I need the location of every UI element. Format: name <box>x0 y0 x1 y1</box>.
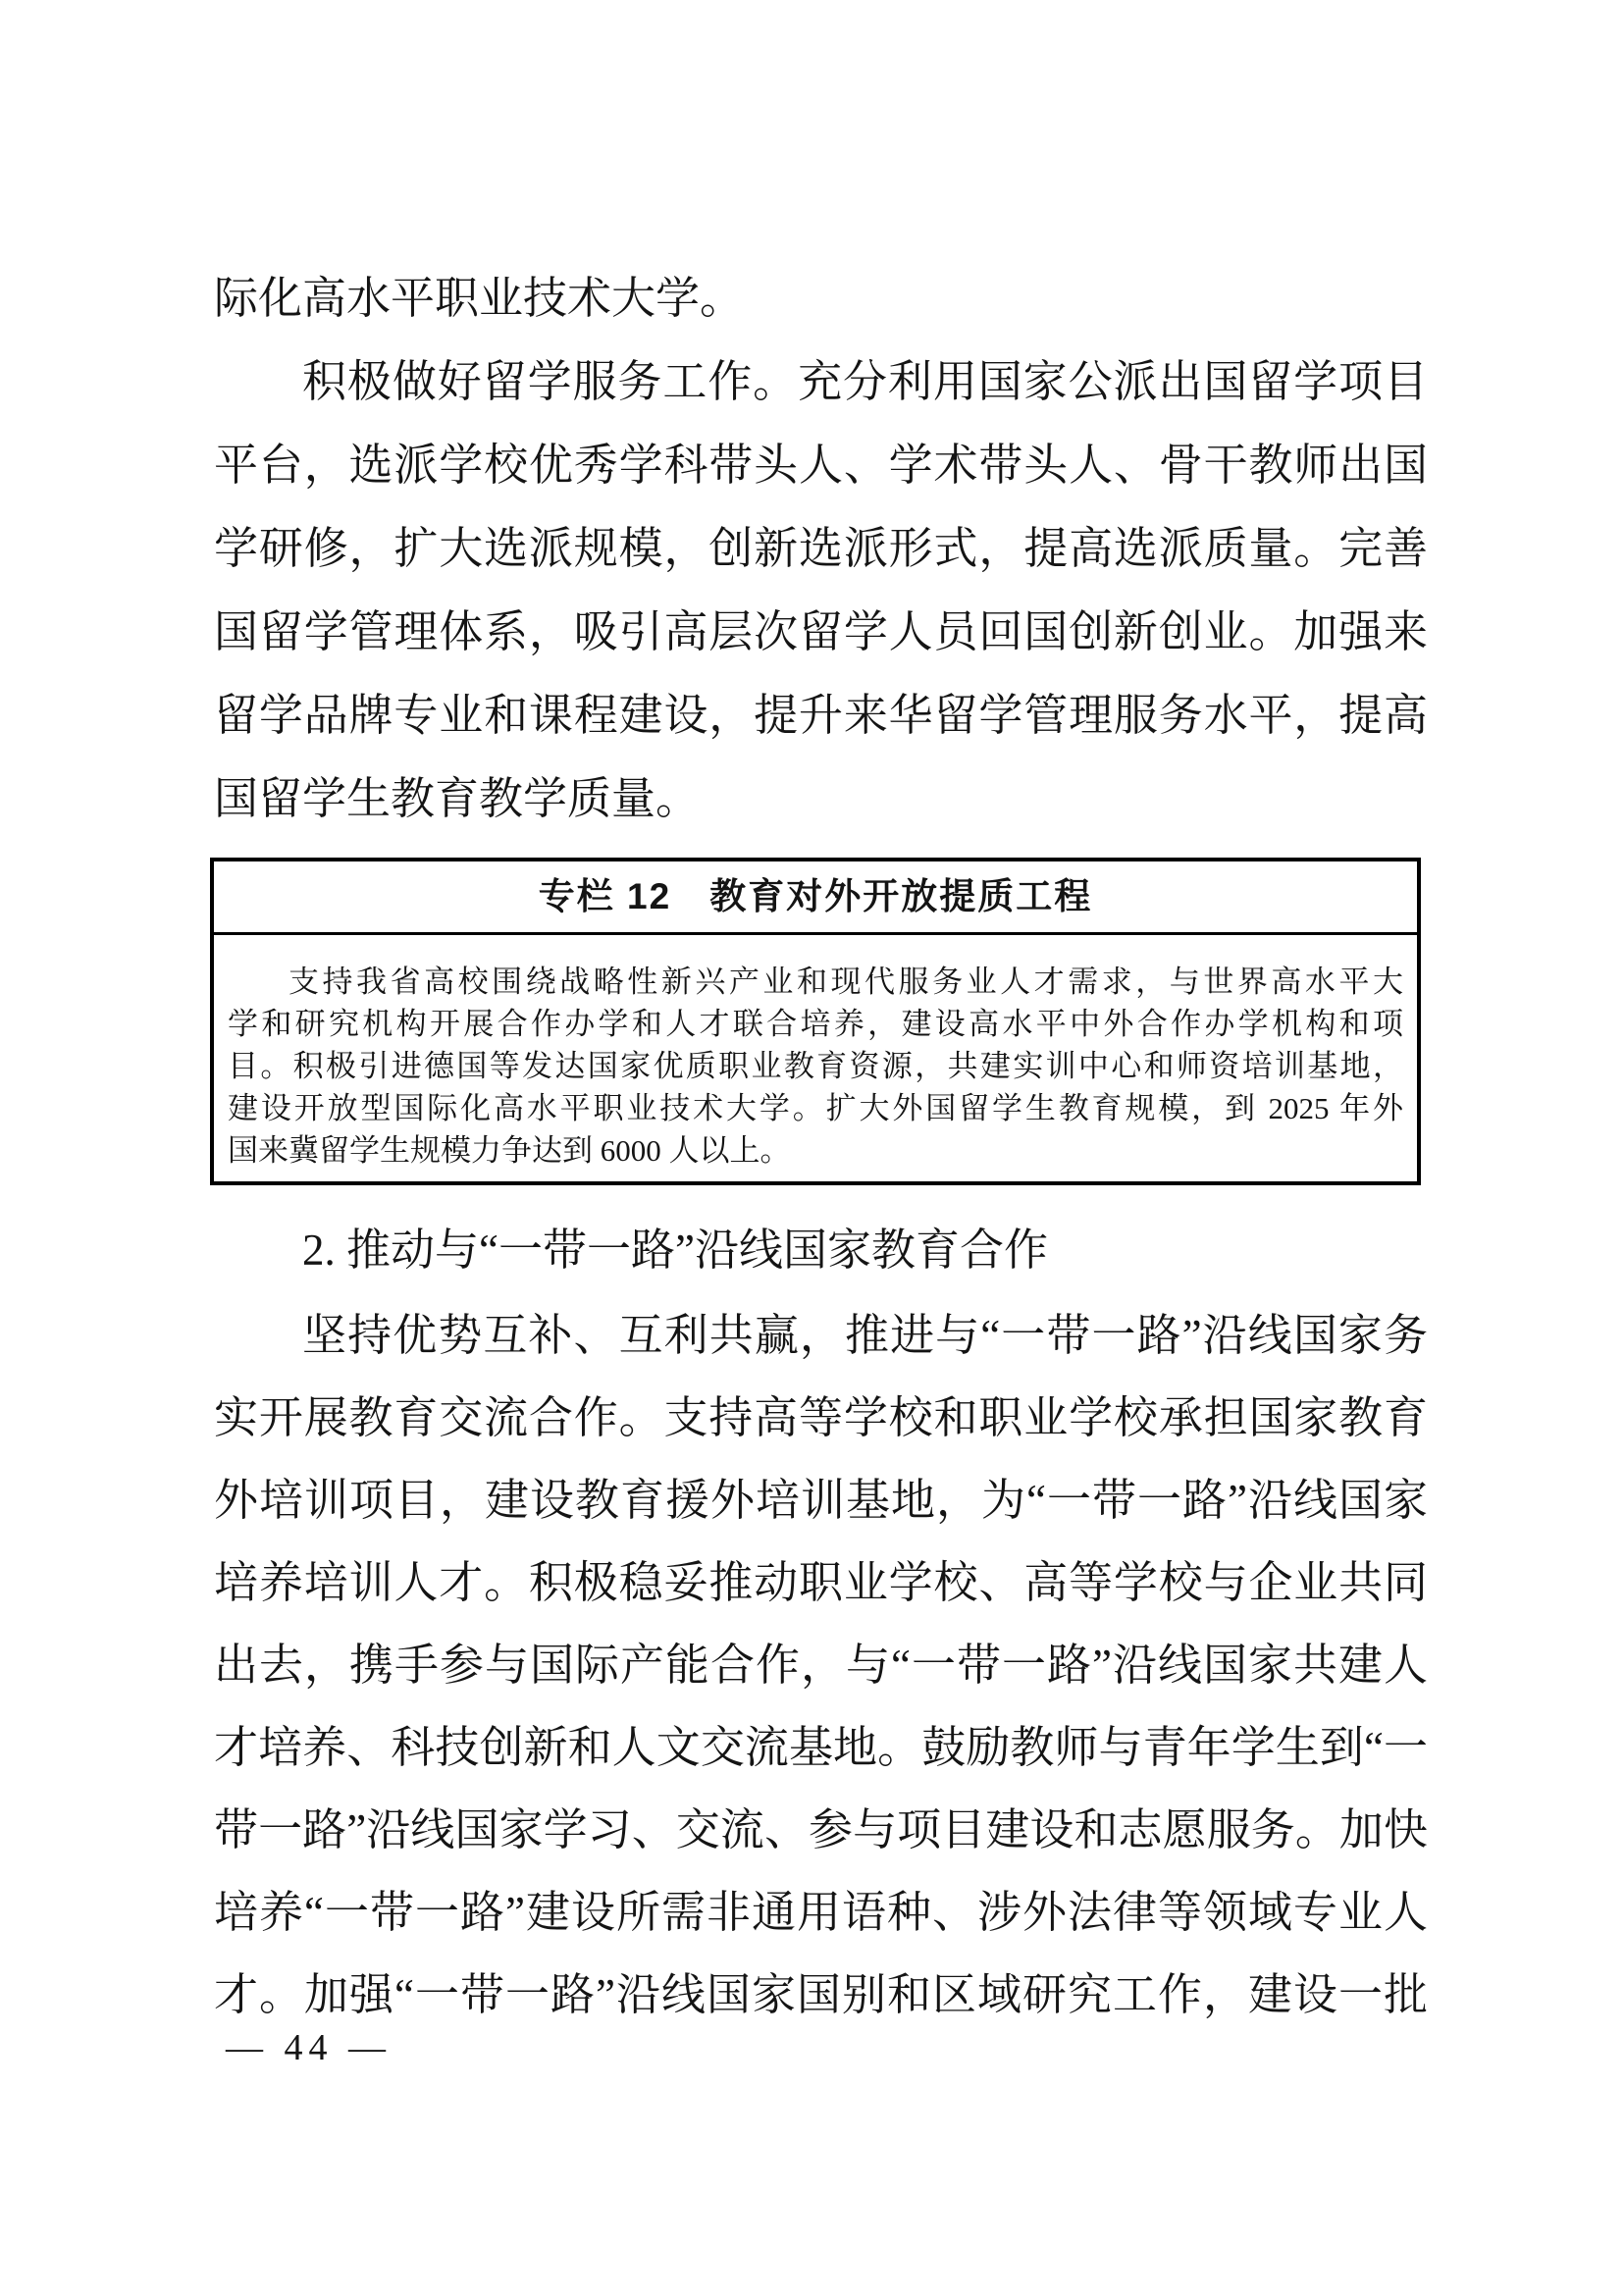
text-line: 国留学生教育教学质量。 <box>214 757 1428 841</box>
text-line: 才。加强“一带一路”沿线国家国别和区域研究工作，建设一批 <box>214 1954 1428 2036</box>
box-text-line: 目。积极引进德国等发达国家优质职业教育资源，共建实训中心和师资培训基地， <box>228 1045 1403 1087</box>
section-heading: 2. 推动与“一带一路”沿线国家教育合作 <box>214 1209 1428 1292</box>
box-text-line: 支持我省高校围绕战略性新兴产业和现代服务业人才需求，与世界高水平大 <box>228 961 1403 1003</box>
text-line: 才培养、科技创新和人文交流基地。鼓励教师与青年学生到“一 <box>214 1706 1428 1789</box>
text-line: 坚持优势互补、互利共赢，推进与“一带一路”沿线国家务 <box>214 1294 1428 1377</box>
text-line: 培养“一带一路”建设所需非通用语种、涉外法律等领域专业人 <box>214 1871 1428 1954</box>
text-line: 实开展教育交流合作。支持高等学校和职业学校承担国家教育援 <box>214 1377 1428 1459</box>
box-text-line: 建设开放型国际化高水平职业技术大学。扩大外国留学生教育规模，到 2025 年外 <box>228 1087 1403 1129</box>
paragraph-top: 际化高水平职业技术大学。 积极做好留学服务工作。充分利用国家公派出国留学项目等 … <box>214 257 1428 841</box>
text-line: 国留学管理体系，吸引高层次留学人员回国创新创业。加强来华 <box>214 591 1428 674</box>
special-column-box: 专栏 12 教育对外开放提质工程 支持我省高校围绕战略性新兴产业和现代服务业人才… <box>210 858 1421 1185</box>
box-text-line: 国来冀留学生规模力争达到 6000 人以上。 <box>228 1129 1403 1172</box>
box-text-line: 学和研究机构开展合作办学和人才联合培养，建设高水平中外合作办学机构和项 <box>228 1003 1403 1045</box>
box-body: 支持我省高校围绕战略性新兴产业和现代服务业人才需求，与世界高水平大 学和研究机构… <box>214 935 1417 1172</box>
text-line: 带一路”沿线国家学习、交流、参与项目建设和志愿服务。加快 <box>214 1789 1428 1871</box>
text-line: 平台，选派学校优秀学科带头人、学术带头人、骨干教师出国留 <box>214 424 1428 507</box>
page-number: — 44 — <box>226 2023 392 2072</box>
document-page: 际化高水平职业技术大学。 积极做好留学服务工作。充分利用国家公派出国留学项目等 … <box>0 0 1624 2296</box>
text-line: 际化高水平职业技术大学。 <box>214 257 1428 340</box>
text-line: 学研修，扩大选派规模，创新选派形式，提高选派质量。完善出 <box>214 507 1428 591</box>
text-line: 外培训项目，建设教育援外培训基地，为“一带一路”沿线国家 <box>214 1459 1428 1541</box>
text-line: 出去，携手参与国际产能合作，与“一带一路”沿线国家共建人 <box>214 1624 1428 1706</box>
box-title: 专栏 12 教育对外开放提质工程 <box>214 861 1417 935</box>
paragraph-belt-road: 坚持优势互补、互利共赢，推进与“一带一路”沿线国家务 实开展教育交流合作。支持高… <box>214 1294 1428 2036</box>
text-line: 留学品牌专业和课程建设，提升来华留学管理服务水平，提高外 <box>214 674 1428 757</box>
text-line: 积极做好留学服务工作。充分利用国家公派出国留学项目等 <box>214 340 1428 424</box>
text-line: 培养培训人才。积极稳妥推动职业学校、高等学校与企业共同走 <box>214 1541 1428 1624</box>
